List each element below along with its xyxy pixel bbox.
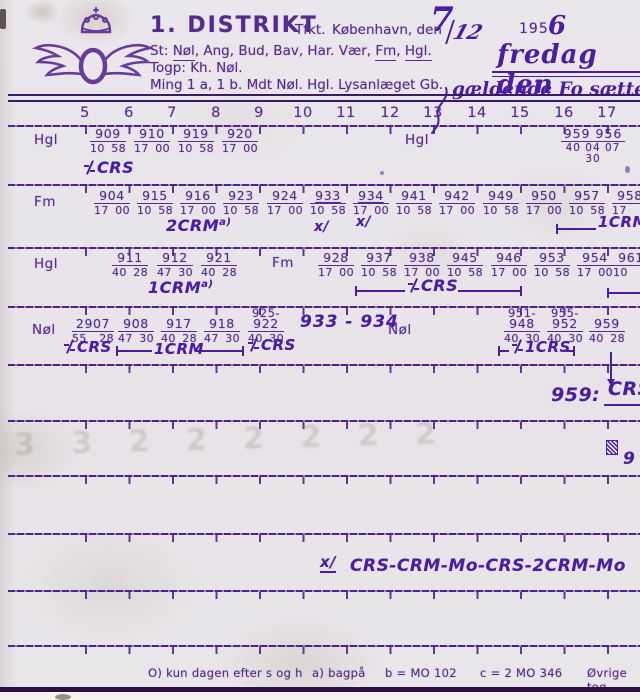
train-entry: 9174028: [160, 308, 198, 344]
train-number: 923: [222, 190, 260, 201]
dsb-crown-winged-wheel-logo: [30, 4, 156, 100]
hour-tick-label: 17: [597, 105, 616, 121]
time-min-a: 17: [577, 267, 592, 278]
train-number: 934: [352, 190, 390, 201]
hand-1crs-text: 1CRS: [525, 338, 571, 356]
hand-legend-mark: x/: [320, 553, 336, 573]
train-entry: 9491058: [482, 190, 520, 216]
time-min-b: 28: [222, 267, 237, 278]
hand-1crm-text: 1CRM: [148, 278, 201, 297]
train-entry: 9101700: [133, 128, 171, 154]
timeline-rule: [8, 645, 640, 647]
year-handwritten: 6: [548, 11, 566, 41]
time-min-b: 00: [374, 205, 389, 216]
station-noel: Nøl: [173, 43, 195, 61]
time-min-a: 10: [534, 267, 549, 278]
scanner-edge-strip: [0, 692, 640, 700]
document-title: 1. DISTRIKT: [150, 13, 318, 38]
time-min-a: 10: [569, 205, 584, 216]
hand-span-line: [498, 350, 509, 352]
time-min-a: 17: [526, 205, 541, 216]
time-min-b: 58: [504, 205, 519, 216]
train-number: 918: [203, 318, 241, 329]
train-entry: 9191058: [177, 128, 215, 154]
hand-crs-text: CRS: [77, 338, 112, 356]
hour-tick-label: 6: [124, 105, 134, 121]
train-number: 928: [317, 252, 355, 263]
hour-tick-label: 7: [167, 105, 177, 121]
train-number: 933: [309, 190, 347, 201]
hand-crs-span-note: CRS: [408, 276, 458, 295]
train-entry: 9531058: [533, 252, 571, 278]
row-label-hgl-1: Hgl: [34, 132, 58, 148]
train-number: 912: [156, 252, 194, 263]
hand-span-line: [355, 290, 405, 292]
time-minutes: 40 04 07 30: [560, 143, 626, 165]
station-hgl: Hgl.: [405, 43, 432, 61]
train-entry: 9331058: [309, 190, 347, 216]
hour-tick-label: 13: [423, 105, 442, 121]
footer-note-o: O) kun dagen efter s og h: [148, 666, 303, 680]
time-min-a: 17: [267, 205, 282, 216]
train-number: 916: [179, 190, 217, 201]
train-entry: 9151058: [136, 190, 174, 216]
train-number: 946: [490, 252, 528, 263]
hand-date-month-value: 12: [445, 20, 486, 44]
mid-label-fm: Fm: [272, 255, 294, 271]
train-entry: 9451058: [446, 252, 484, 278]
hand-1crm-note: 1CRM: [154, 340, 204, 358]
time-min-a: 10: [178, 143, 193, 154]
train-entry: 9541700: [576, 252, 614, 278]
ghost-pencil-marks: 3 3 2 2 2 2 2 2: [14, 416, 450, 462]
time-min-b: 30: [178, 267, 193, 278]
hand-crs-note: CRS: [64, 338, 112, 356]
train-number: 919: [177, 128, 215, 139]
place-date-label: København, den: [332, 22, 442, 38]
mid-label-hgl: Hgl: [405, 132, 429, 148]
time-min-a: 10: [137, 205, 152, 216]
hour-tick-label: 11: [336, 105, 355, 121]
train-entry: 9281700: [317, 252, 355, 278]
ming-line: Ming 1 a, 1 b. Mdt Nøl. Hgl. Lysanlæget …: [150, 77, 443, 93]
hand-crs-text: CRS: [261, 336, 296, 354]
hand-footnote-sup: a): [219, 217, 231, 228]
hand-span-line: [116, 350, 152, 352]
hand-959-assignment: CRS: [608, 378, 640, 400]
hand-span-line: [556, 228, 596, 230]
hand-x-mark-1: x/: [314, 219, 329, 235]
time-min-a: 10: [396, 205, 411, 216]
timeline-rule: [8, 475, 640, 477]
train-number: 917: [160, 318, 198, 329]
half-mark-icon: [512, 340, 523, 354]
train-entry: 9341700: [352, 190, 390, 216]
footer-note-b: b = MO 102: [385, 666, 457, 680]
row-label-noel: Nøl: [32, 322, 56, 338]
time-min-a: 47: [204, 333, 219, 344]
hand-date-month: 12: [449, 20, 482, 44]
hand-1crs-note: 1CRS: [512, 338, 571, 356]
half-mark-icon: [408, 279, 419, 293]
hand-1crm-right: 1CRM: [598, 213, 640, 231]
half-mark-icon: [64, 340, 75, 354]
train-number: 938: [403, 252, 441, 263]
down-arrow-icon: [610, 352, 612, 380]
hand-span-line: [607, 292, 640, 294]
time-min-b: 58: [555, 267, 570, 278]
train-entry: 9161700: [179, 190, 217, 216]
time-min-a: 10: [223, 205, 238, 216]
time-min-a: 47: [157, 267, 172, 278]
hatched-square-mark: [606, 440, 618, 455]
hand-crs-text: CRS: [97, 158, 134, 177]
time-min-a: 17: [222, 143, 237, 154]
train-entry: 9084730: [117, 308, 155, 344]
hand-span-line: [458, 290, 522, 292]
time-min-a: 40: [201, 267, 216, 278]
time-min-b: 00: [288, 205, 303, 216]
train-number: 941: [395, 190, 433, 201]
train-number: 921: [200, 252, 238, 263]
train-number: 949: [482, 190, 520, 201]
train-number: 911: [111, 252, 149, 263]
time-min-b: 28: [610, 333, 625, 344]
train-entry: 9124730: [156, 252, 194, 278]
train-entry-pair: 959 95640 04 07 30: [560, 128, 626, 165]
train-entry: 9461700: [490, 252, 528, 278]
hand-train-pair: 933 - 934: [300, 312, 399, 332]
time-min-a: 10: [310, 205, 325, 216]
train-number: 958: [611, 190, 640, 201]
hand-959-note: 959:: [551, 384, 600, 406]
train-number: 957: [568, 190, 606, 201]
train-entry: 9371058: [360, 252, 398, 278]
time-min-a: 10: [483, 205, 498, 216]
stations-sep: ,: [396, 43, 405, 59]
office-abbrev: Tfkt.: [295, 22, 325, 38]
half-mark-icon: [248, 338, 259, 352]
timeline-rule: [8, 364, 640, 366]
hand-crs-note: CRS: [84, 158, 134, 177]
hand-underline: [604, 404, 640, 406]
train-entry: 9421700: [438, 190, 476, 216]
ink-speck: [380, 171, 384, 175]
time-min-a: 17: [439, 205, 454, 216]
hand-span-line: [566, 350, 575, 352]
train-number: 959: [588, 318, 626, 329]
train-entry: 958170: [611, 190, 640, 216]
time-min-b: 58: [244, 205, 259, 216]
scan-edge-blemish: [0, 9, 6, 29]
train-entry: 9041700: [93, 190, 131, 216]
train-number: 2907: [71, 318, 115, 329]
train-number: 950: [525, 190, 563, 201]
train-entry: 9501700: [525, 190, 563, 216]
time-min-a: 47: [118, 333, 133, 344]
train-number: 924: [266, 190, 304, 201]
header-double-rule: [8, 94, 640, 102]
year-printed: 195: [519, 21, 549, 37]
time-min-a: 17: [94, 205, 109, 216]
train-entry: 9571058: [568, 190, 606, 216]
time-min-a: 17: [180, 205, 195, 216]
scan-edge-blemish: [55, 694, 71, 700]
hour-tick-label: 9: [254, 105, 264, 121]
time-min-b: 00: [339, 267, 354, 278]
togp-line: Togp: Kh. Nøl.: [150, 60, 243, 76]
station-fm: Fm: [375, 43, 396, 61]
hand-crs-note: CRS: [248, 336, 296, 354]
time-min-b: 28: [133, 267, 148, 278]
row-label-hgl-2: Hgl: [34, 256, 58, 272]
time-min-a: 17: [134, 143, 149, 154]
hand-1crm-note: 1CRMa): [148, 278, 213, 297]
row-label-fm: Fm: [34, 194, 56, 210]
train-number: 961: [612, 252, 640, 263]
half-mark-icon: [84, 161, 95, 175]
hour-tick-label: 12: [380, 105, 399, 121]
hour-tick-label: 5: [80, 105, 90, 121]
hand-legend-sequence: CRS-CRM-Mo-CRS-2CRM-Mo: [350, 556, 626, 576]
stations-prefix: St:: [150, 43, 173, 59]
ink-speck: [625, 166, 630, 173]
hand-cut-digit: 9: [623, 449, 635, 469]
train-entry: 9184730: [203, 308, 241, 344]
train-number: 920: [221, 128, 259, 139]
time-min-b: 00: [201, 205, 216, 216]
time-min-b: 00: [547, 205, 562, 216]
footer-note-a: a) bagpå: [312, 666, 366, 680]
time-min-b: 58: [331, 205, 346, 216]
train-entry: 9411058: [395, 190, 433, 216]
time-min-b: 30: [139, 333, 154, 344]
time-min-a: 40: [589, 333, 604, 344]
train-number: 953: [533, 252, 571, 263]
train-entry: 9241700: [266, 190, 304, 216]
train-number: 942: [438, 190, 476, 201]
hand-2crm-text: 2CRM: [166, 216, 219, 235]
train-entry: 9091058: [89, 128, 127, 154]
train-numbers: 959 956: [560, 128, 626, 139]
time-min-b: 58: [158, 205, 173, 216]
time-min-b: 58: [111, 143, 126, 154]
hand-weekday-underline: [492, 71, 640, 77]
train-number: 909: [89, 128, 127, 139]
hour-tick-label: 15: [510, 105, 529, 121]
train-entry: 9231058: [222, 190, 260, 216]
hand-footnote-sup: a): [201, 279, 213, 290]
train-number: 945: [446, 252, 484, 263]
train-entry: 9114028: [111, 252, 149, 278]
time-min-a: 17: [491, 267, 506, 278]
hour-tick-label: 14: [467, 105, 486, 121]
hand-959-label: 959:: [551, 384, 600, 406]
footer-note-c: c = 2 MO 346: [480, 666, 562, 680]
hand-span-line: [196, 350, 244, 352]
timeline-rule: [8, 247, 640, 249]
train-entry: 9214028: [200, 252, 238, 278]
time-min-a: 17: [318, 267, 333, 278]
train-number: 937: [360, 252, 398, 263]
train-entry: 9594028: [588, 308, 626, 344]
hand-crs-text: CRS: [421, 276, 458, 295]
timeline-rule: [8, 533, 640, 535]
train-entry: 9381700: [403, 252, 441, 278]
timeline-rule: [8, 184, 640, 186]
hand-x-mark-2: x/: [356, 214, 371, 230]
time-min-b: 58: [468, 267, 483, 278]
time-min-b: 00: [460, 205, 475, 216]
time-min-b: 00: [115, 205, 130, 216]
hour-tick-label: 10: [293, 105, 312, 121]
time-min-b: 00: [155, 143, 170, 154]
time-min-b: 30: [225, 333, 240, 344]
hour-tick-label: 16: [554, 105, 573, 121]
train-number: 915: [136, 190, 174, 201]
train-entry: 961105: [612, 252, 640, 278]
train-number: 954: [576, 252, 614, 263]
stations-middle: , Ang, Bud, Bav, Har. Vær,: [195, 43, 376, 59]
time-min-b: 00: [598, 267, 613, 278]
time-min-a: 10: [90, 143, 105, 154]
train-entry: 9201700: [221, 128, 259, 154]
train-number: 910: [133, 128, 171, 139]
hour-tick-label: 8: [211, 105, 221, 121]
stations-line: St: Nøl, Ang, Bud, Bav, Har. Vær, Fm, Hg…: [150, 43, 432, 59]
hand-2crm-note: 2CRMa): [166, 216, 231, 235]
time-min-b: 00: [512, 267, 527, 278]
train-number: 904: [93, 190, 131, 201]
time-min-b: 58: [417, 205, 432, 216]
time-min-b: 00: [243, 143, 258, 154]
time-min-a: 10: [361, 267, 376, 278]
time-min-a: 10: [613, 267, 628, 278]
time-min-b: 58: [199, 143, 214, 154]
time-min-a: 40: [112, 267, 127, 278]
scanned-railway-duty-sheet: 1. DISTRIKT Tfkt. København, den 7 12 19…: [0, 0, 640, 700]
time-min-b: 58: [382, 267, 397, 278]
timeline-rule: [8, 590, 640, 592]
train-number: 908: [117, 318, 155, 329]
